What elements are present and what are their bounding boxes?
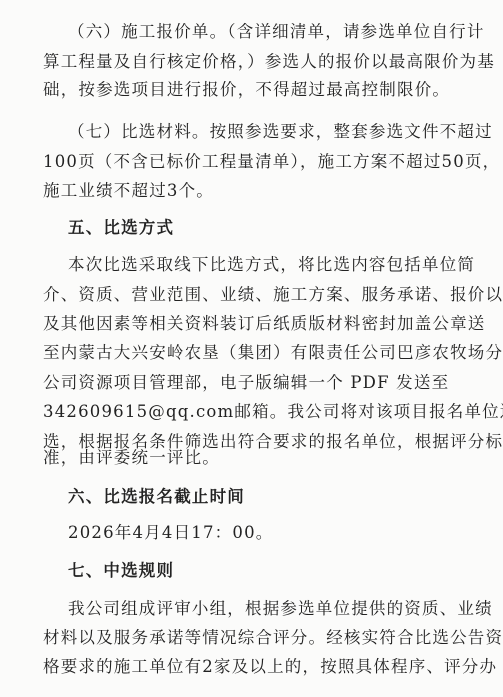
paragraph-7-line-2: 100页（不含已标价工程量清单），施工方案不超过50页， [43, 152, 447, 172]
deadline-text: 2026年4月4日17：00。 [68, 523, 478, 543]
section-5-line-2: 介、资质、营业范围、业绩、施工方案、服务承诺、报价以 [43, 285, 447, 305]
section-5-line-3: 及其他因素等相关资料装订后纸质版材料密封加盖公章送 [43, 314, 447, 334]
section-heading-5: 五、比选方式 [68, 218, 478, 238]
section-7-line-3: 格要求的施工单位有2家及以上的，按照具体程序、评分办 [43, 657, 447, 677]
section-5-line-4: 至内蒙古大兴安岭农垦（集团）有限责任公司巴彦农牧场分 [43, 343, 447, 363]
paragraph-7-line-1: （七）比选材料。按照参选要求，整套参选文件不超过 [68, 122, 472, 142]
section-heading-6: 六、比选报名截止时间 [68, 487, 478, 507]
document-page: （六）施工报价单。（含详细清单，请参选单位自行计 算工程量及自行核定价格，）参选… [0, 0, 503, 697]
section-5-line-6: 342609615@qq.com邮箱。我公司将对该项目报名单位进行比 [43, 402, 447, 422]
section-5-line-8: 准，由评委统一评比。 [43, 448, 453, 468]
paragraph-6-line-1: （六）施工报价单。（含详细清单，请参选单位自行计 [68, 22, 472, 42]
paragraph-7-line-3: 施工业绩不超过3个。 [43, 181, 453, 201]
section-heading-7: 七、中选规则 [68, 561, 478, 581]
paragraph-6-line-2: 算工程量及自行核定价格，）参选人的报价以最高限价为基 [43, 52, 447, 72]
section-7-line-1: 我公司组成评审小组，根据参选单位提供的资质、业绩 [68, 599, 472, 619]
section-5-line-1: 本次比选采取线下比选方式，将比选内容包括单位简 [68, 255, 472, 275]
section-5-line-5: 公司资源项目管理部，电子版编辑一个 PDF 发送至 [43, 373, 447, 393]
section-7-line-2: 材料以及服务承诺等情况综合评分。经核实符合比选公告资 [43, 628, 447, 648]
paragraph-6-line-3: 础，按参选项目进行报价，不得超过最高控制限价。 [43, 80, 453, 100]
